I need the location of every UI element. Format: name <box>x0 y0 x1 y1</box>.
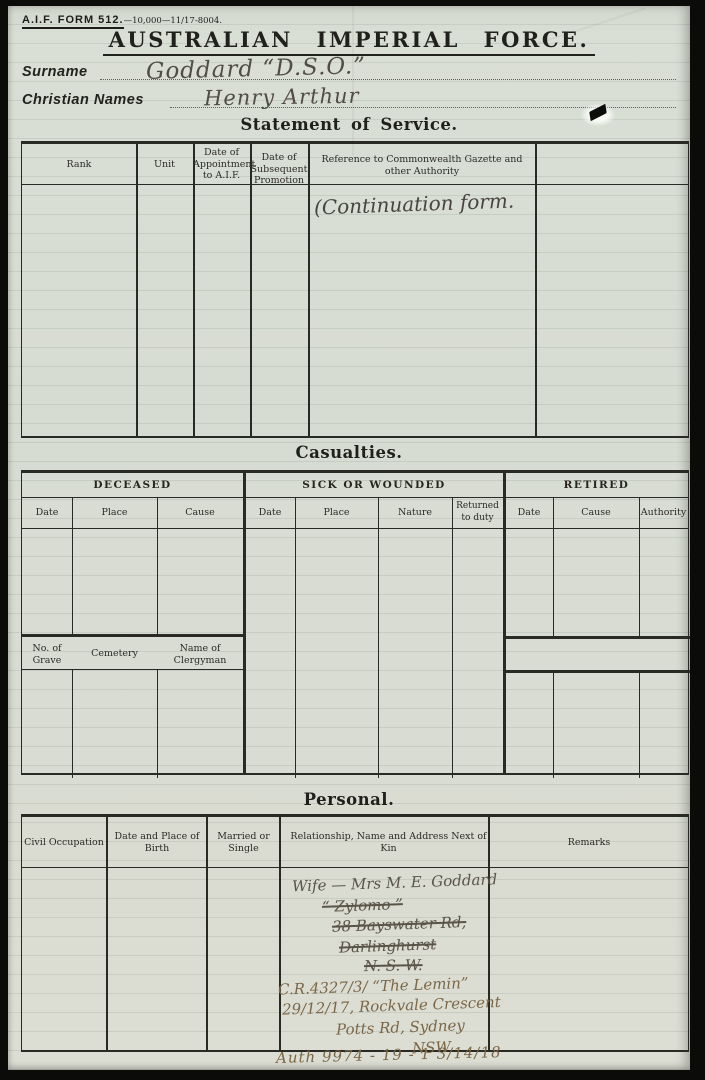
casualties-group-retired: RETIRED <box>505 479 688 491</box>
sick-col-nature: Nature <box>378 507 452 519</box>
deceased-col-cause: Cause <box>157 507 243 519</box>
form-paper: A.I.F. FORM 512.—10,000—11/17-8004. AUST… <box>8 6 690 1070</box>
grave-col-number: No. of Grave <box>22 643 72 666</box>
statement-col-date-appointment: Date of Appointment to A.I.F. <box>193 147 250 182</box>
grave-band-top-rule <box>22 634 243 637</box>
surname-value: Goddard “D.S.O.” <box>146 53 367 85</box>
statement-entry: (Continuation form. <box>314 189 515 220</box>
form-number-line: A.I.F. FORM 512.—10,000—11/17-8004. <box>22 14 222 26</box>
print-code: —10,000—11/17-8004. <box>124 16 222 26</box>
statement-col-line <box>193 144 195 436</box>
sick-col-returned: Returned to duty <box>452 501 503 524</box>
statement-col-line <box>136 144 138 436</box>
personal-title-wrap: Personal. <box>8 790 690 809</box>
grave-col-cemetery: Cemetery <box>72 648 157 660</box>
personal-table: Civil Occupation Date and Place of Birth… <box>21 814 689 1052</box>
statement-col-line <box>308 144 310 436</box>
personal-col-remarks: Remarks <box>490 837 688 849</box>
grave-band-bottom-rule <box>22 669 243 670</box>
retired-col-line <box>553 497 554 636</box>
casualties-group-deceased: DECEASED <box>22 479 243 491</box>
personal-col-nok: Relationship, Name and Address Next of K… <box>289 831 488 854</box>
statement-col-gazette: Reference to Commonwealth Gazette and ot… <box>318 154 526 177</box>
sick-col-line <box>452 497 453 778</box>
deceased-col-date: Date <box>22 507 72 519</box>
statement-col-date-promotion: Date of Subsequent Promotion <box>250 152 308 187</box>
statement-col-line <box>250 144 252 436</box>
statement-table: Rank Unit Date of Appointment to A.I.F. … <box>21 141 689 438</box>
statement-title-wrap: Statement of Service. <box>8 115 690 134</box>
deceased-col-line <box>72 497 73 634</box>
personal-title: Personal. <box>304 790 395 809</box>
surname-label: Surname <box>22 64 88 80</box>
sick-col-line <box>295 497 296 778</box>
main-title-wrap: AUSTRALIAN IMPERIAL FORCE. <box>8 27 690 56</box>
personal-col-birth: Date and Place of Birth <box>108 831 206 854</box>
retired-col-line <box>639 673 640 778</box>
casualties-group-sick: SICK OR WOUNDED <box>245 479 503 491</box>
personal-col-line <box>279 817 281 1050</box>
next-of-kin-entry: Wife — Mrs M. E. Goddard “ Zylomo ” 38 B… <box>284 873 489 1058</box>
personal-col-occupation: Civil Occupation <box>22 837 106 849</box>
casualties-title: Casualties. <box>296 443 403 462</box>
casualties-table: DECEASED SICK OR WOUNDED RETIRED Date Pl… <box>21 470 689 775</box>
retired-col-line <box>553 673 554 778</box>
sick-col-place: Place <box>295 507 378 519</box>
deceased-col-line <box>157 670 158 778</box>
casualties-title-wrap: Casualties. <box>8 443 690 462</box>
retired-col-line <box>639 497 640 636</box>
statement-header-rule <box>22 184 688 185</box>
deceased-col-place: Place <box>72 507 157 519</box>
sick-col-date: Date <box>245 507 295 519</box>
personal-header-rule <box>22 867 688 868</box>
page-title: AUSTRALIAN IMPERIAL FORCE. <box>103 27 596 56</box>
grave-col-clergyman: Name of Clergyman <box>157 643 243 666</box>
deceased-col-line <box>72 670 73 778</box>
retired-col-cause: Cause <box>553 507 639 519</box>
sick-col-line <box>378 497 379 778</box>
retired-col-date: Date <box>505 507 553 519</box>
statement-col-unit: Unit <box>136 159 193 171</box>
statement-title: Statement of Service. <box>240 115 457 134</box>
casualties-group-rule <box>22 497 688 498</box>
retired-col-authority: Authority <box>639 507 688 519</box>
statement-col-rank: Rank <box>22 159 136 171</box>
retired-band-top-rule <box>503 636 690 639</box>
christian-names-value: Henry Arthur <box>204 84 360 111</box>
christian-names-label: Christian Names <box>22 92 144 108</box>
casualties-header-rule <box>22 528 688 529</box>
scanned-document: A.I.F. FORM 512.—10,000—11/17-8004. AUST… <box>0 0 705 1080</box>
statement-col-line <box>535 144 537 436</box>
deceased-col-line <box>157 497 158 634</box>
retired-band-bottom-rule <box>503 670 690 673</box>
personal-col-married: Married or Single <box>208 831 279 854</box>
